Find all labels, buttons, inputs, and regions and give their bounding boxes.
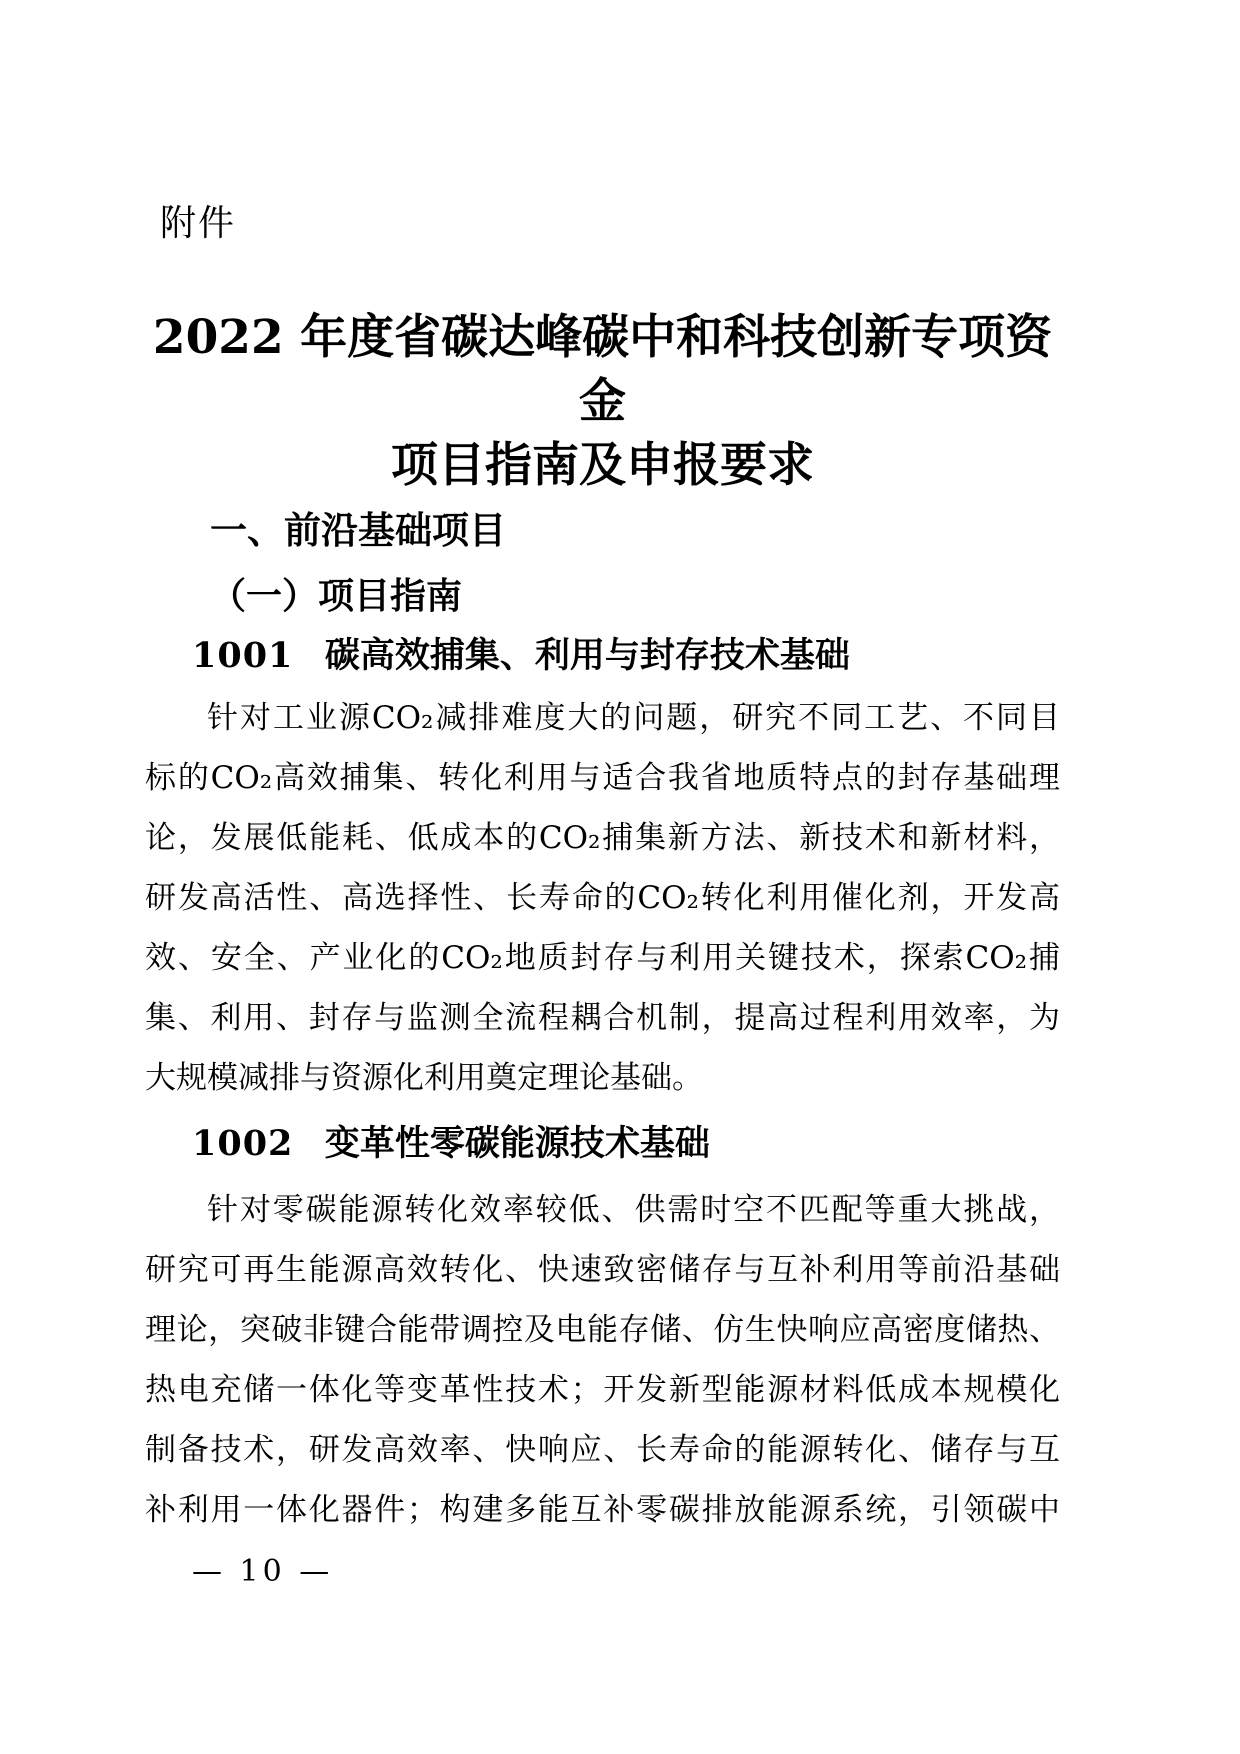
document-title: 2022 年度省碳达峰碳中和科技创新专项资金 项目指南及申报要求 (145, 306, 1060, 498)
paragraph-line: 针对工业源CO₂减排难度大的问题，研究不同工艺、不同目 (145, 688, 1060, 748)
item-title-1001: 碳高效捕集、利用与封存技术基础 (325, 635, 850, 676)
item-title-1002: 变革性零碳能源技术基础 (325, 1123, 710, 1164)
paragraph-1001: 针对工业源CO₂减排难度大的问题，研究不同工艺、不同目 标的CO₂高效捕集、转化… (145, 688, 1060, 1108)
document-title-line-2: 项目指南及申报要求 (145, 434, 1060, 498)
document-title-line-1: 2022 年度省碳达峰碳中和科技创新专项资金 (145, 306, 1060, 434)
item-heading-1001: 1001碳高效捕集、利用与封存技术基础 (192, 634, 850, 678)
paragraph-line: 研究可再生能源高效转化、快速致密储存与互补利用等前沿基础 (145, 1240, 1060, 1300)
paragraph-line: 研发高活性、高选择性、长寿命的CO₂转化利用催化剂，开发高 (145, 868, 1060, 928)
paragraph-line: 理论，突破非键合能带调控及电能存储、仿生快响应高密度储热、 (145, 1300, 1060, 1360)
paragraph-1002: 针对零碳能源转化效率较低、供需时空不匹配等重大挑战， 研究可再生能源高效转化、快… (145, 1180, 1060, 1540)
paragraph-line: 制备技术，研发高效率、快响应、长寿命的能源转化、储存与互 (145, 1420, 1060, 1480)
paragraph-line: 论，发展低能耗、低成本的CO₂捕集新方法、新技术和新材料， (145, 808, 1060, 868)
paragraph-line: 热电充储一体化等变革性技术；开发新型能源材料低成本规模化 (145, 1360, 1060, 1420)
document-page: 附件 2022 年度省碳达峰碳中和科技创新专项资金 项目指南及申报要求 一、前沿… (0, 0, 1240, 1754)
paragraph-line: 大规模减排与资源化利用奠定理论基础。 (145, 1048, 1060, 1108)
item-code-1001: 1001 (192, 635, 293, 676)
item-code-1002: 1002 (192, 1123, 293, 1164)
section-heading-frontier-basic-projects: 一、前沿基础项目 (210, 508, 506, 554)
item-heading-1002: 1002变革性零碳能源技术基础 (192, 1122, 710, 1166)
paragraph-line: 针对零碳能源转化效率较低、供需时空不匹配等重大挑战， (145, 1180, 1060, 1240)
paragraph-line: 集、利用、封存与监测全流程耦合机制，提高过程利用效率，为 (145, 988, 1060, 1048)
paragraph-line: 补利用一体化器件；构建多能互补零碳排放能源系统，引领碳中 (145, 1480, 1060, 1540)
paragraph-line: 效、安全、产业化的CO₂地质封存与利用关键技术，探索CO₂捕 (145, 928, 1060, 988)
subsection-heading-project-guide: （一）项目指南 (210, 574, 462, 619)
page-number: — 10 — (192, 1552, 333, 1592)
attachment-label: 附件 (160, 202, 236, 246)
paragraph-line: 标的CO₂高效捕集、转化利用与适合我省地质特点的封存基础理 (145, 748, 1060, 808)
